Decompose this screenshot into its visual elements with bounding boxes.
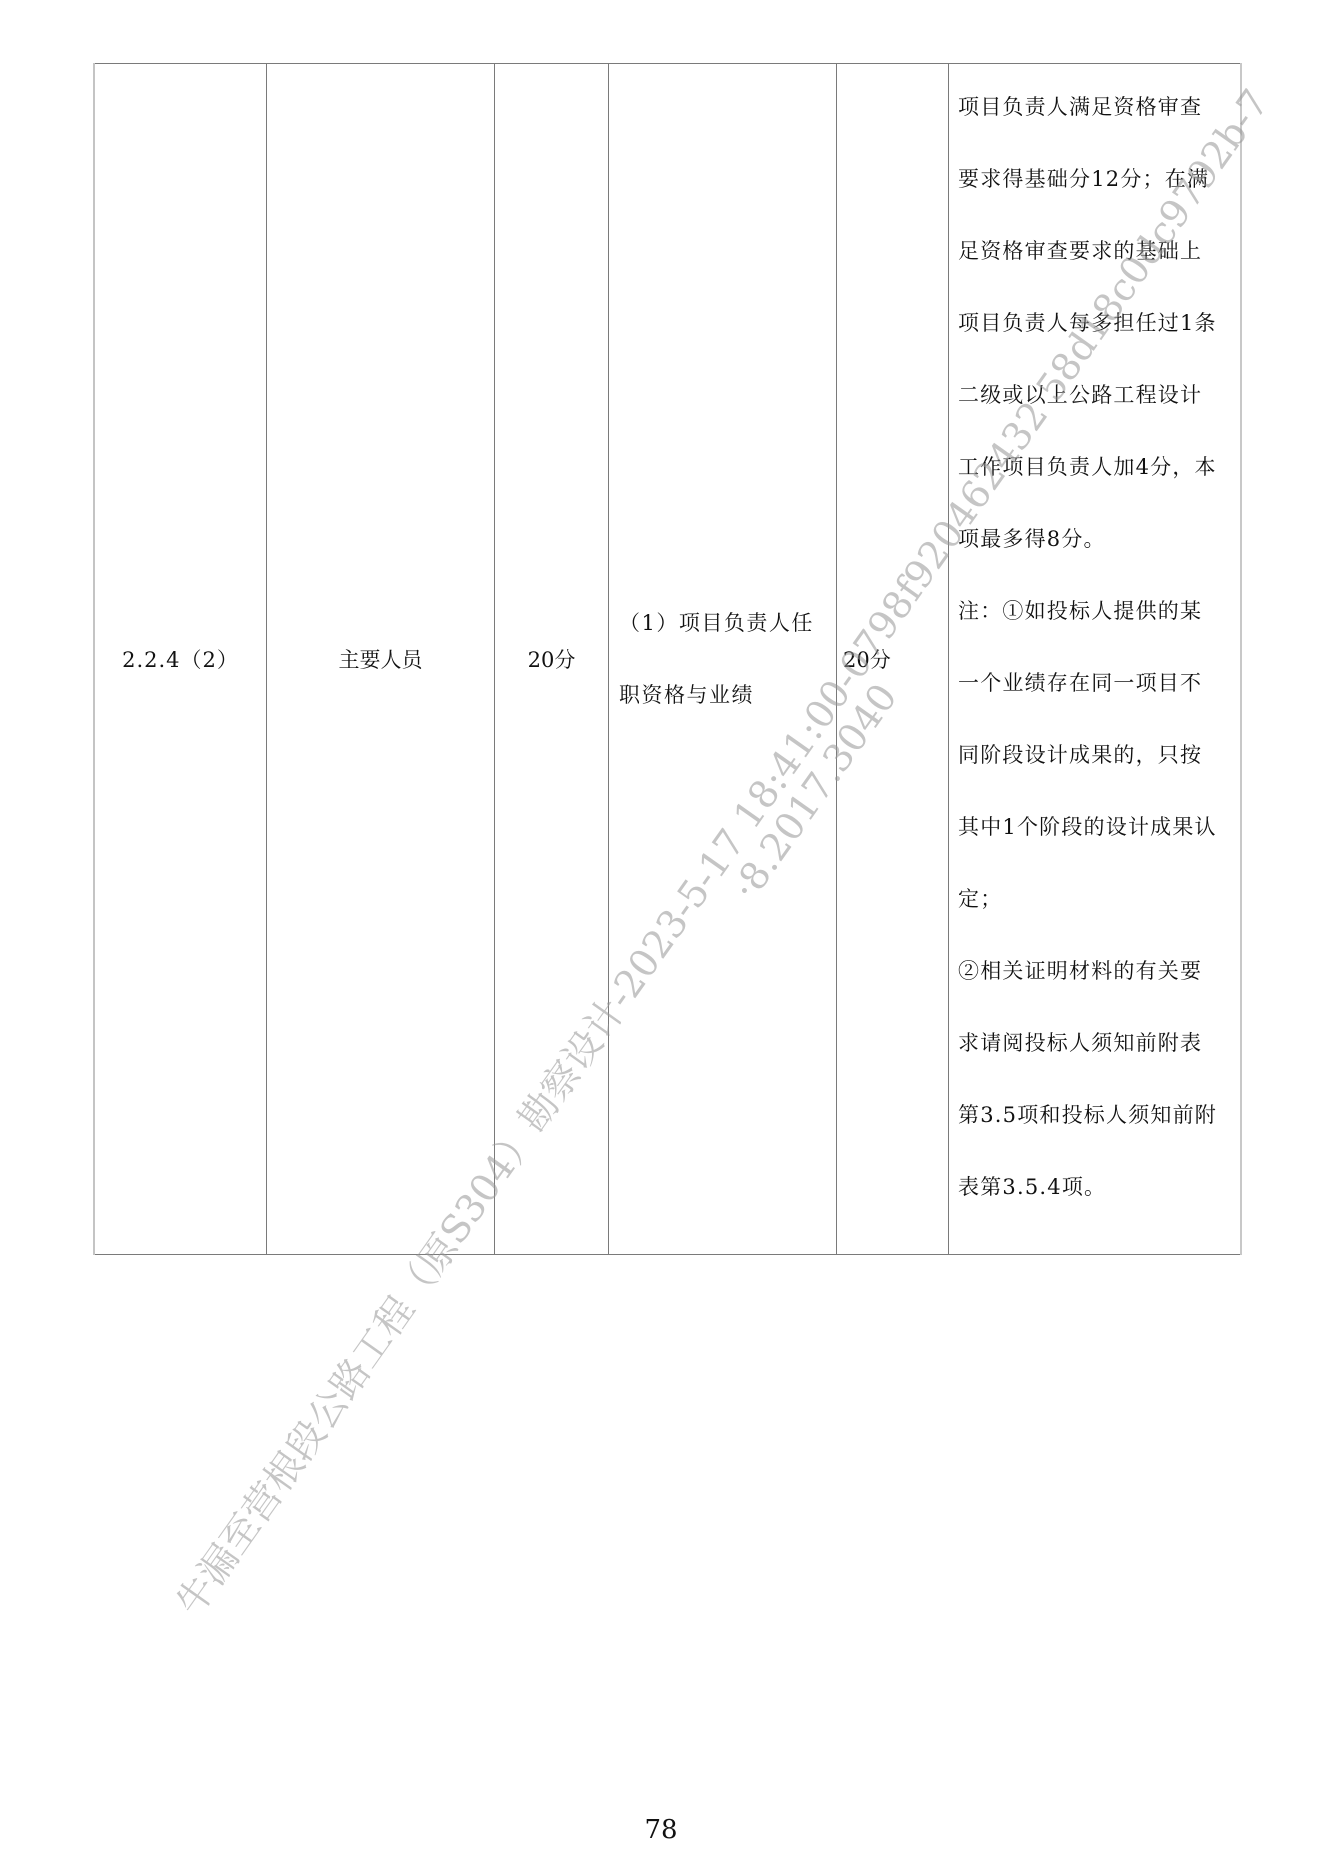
rule-line: 项最多得8分。 — [958, 524, 1236, 596]
rule-line: 第3.5项和投标人须知前附 — [958, 1100, 1236, 1172]
table-row: 2.2.4（2） 主要人员 20分 （1）项目负责人任 职资格与业绩 20分 项… — [94, 64, 1241, 1255]
rule-line: 注：①如投标人提供的某 — [958, 596, 1236, 668]
scoring-table: 2.2.4（2） 主要人员 20分 （1）项目负责人任 职资格与业绩 20分 项… — [93, 63, 1242, 1255]
item-score-cell: 20分 — [837, 64, 949, 1255]
category-score-cell: 20分 — [495, 64, 609, 1255]
scoring-rule-text: 项目负责人满足资格审查要求得基础分12分；在满足资格审查要求的基础上项目负责人每… — [949, 64, 1240, 1254]
category-score: 20分 — [528, 648, 576, 672]
rule-line: 项目负责人满足资格审查 — [958, 92, 1236, 164]
scoring-rule-cell: 项目负责人满足资格审查要求得基础分12分；在满足资格审查要求的基础上项目负责人每… — [949, 64, 1242, 1255]
rule-line: ②相关证明材料的有关要 — [958, 956, 1236, 1028]
rule-line: 要求得基础分12分；在满 — [958, 164, 1236, 236]
rule-line: 其中1个阶段的设计成果认 — [958, 812, 1236, 884]
rule-line: 足资格审查要求的基础上 — [958, 236, 1236, 308]
clause-code-cell: 2.2.4（2） — [94, 64, 267, 1255]
item-line: 职资格与业绩 — [619, 659, 830, 731]
item-cell: （1）项目负责人任 职资格与业绩 — [609, 64, 837, 1255]
item-score: 20分 — [837, 648, 891, 672]
rule-line: 二级或以上公路工程设计 — [958, 380, 1236, 452]
item-text: （1）项目负责人任 职资格与业绩 — [609, 587, 836, 731]
rule-line: 定； — [958, 884, 1236, 956]
rule-line: 一个业绩存在同一项目不 — [958, 668, 1236, 740]
rule-line: 同阶段设计成果的，只按 — [958, 740, 1236, 812]
category-name: 主要人员 — [339, 648, 423, 672]
category-cell: 主要人员 — [267, 64, 495, 1255]
rule-line: 项目负责人每多担任过1条 — [958, 308, 1236, 380]
page-number: 78 — [0, 1815, 1322, 1845]
item-line: （1）项目负责人任 — [619, 587, 830, 659]
rule-line: 工作项目负责人加4分，本 — [958, 452, 1236, 524]
rule-line: 表第3.5.4项。 — [958, 1172, 1236, 1244]
rule-line: 求请阅投标人须知前附表 — [958, 1028, 1236, 1100]
clause-code: 2.2.4（2） — [122, 648, 239, 672]
document-page: 2.2.4（2） 主要人员 20分 （1）项目负责人任 职资格与业绩 20分 项… — [0, 0, 1322, 1871]
